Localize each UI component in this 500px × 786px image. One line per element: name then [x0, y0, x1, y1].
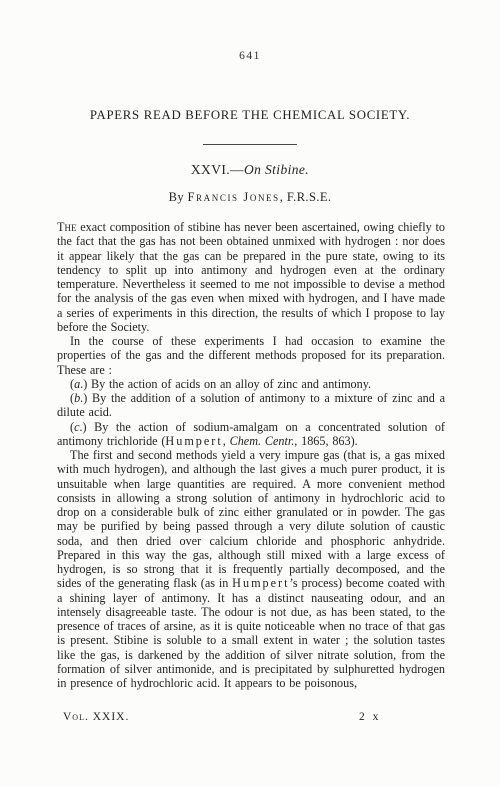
divider-rule	[203, 144, 297, 145]
paragraph: (a.) By the action of acids on an alloy …	[57, 377, 445, 391]
byline-suffix: , F.R.S.E.	[280, 190, 332, 204]
text-segment: The first and second methods yield a ver…	[57, 448, 445, 590]
byline-prefix: By	[169, 190, 188, 204]
text-segment: , 1865, 863).	[294, 434, 357, 448]
article-body: The exact composition of stibine has nev…	[57, 220, 445, 690]
text-segment: ,	[223, 434, 230, 448]
section-heading: PAPERS READ BEFORE THE CHEMICAL SOCIETY.	[0, 108, 500, 123]
text-segment: Humpert	[165, 434, 222, 448]
page-number: 641	[0, 50, 500, 62]
article-title: XXVI.—On Stibine.	[0, 162, 500, 178]
document-page: 641 PAPERS READ BEFORE THE CHEMICAL SOCI…	[0, 0, 500, 786]
text-segment: Humpert	[232, 576, 289, 590]
text-segment: exact composition of stibine has never b…	[57, 220, 445, 334]
signature-mark: 2 x	[359, 710, 378, 724]
text-segment: .) By the addition of a solution of anti…	[57, 391, 445, 419]
text-segment: Chem. Centr.	[230, 434, 295, 448]
paragraph: In the course of these experiments I had…	[57, 334, 445, 377]
article-title-number: XXVI.—	[191, 162, 244, 177]
paragraph: (c.) By the action of sodium-amalgam on …	[57, 420, 445, 449]
text-segment: ’s process) become coated with a shining…	[57, 576, 445, 690]
volume-label: Vol. XXIX.	[63, 710, 129, 724]
article-title-text: On Stibine.	[244, 162, 309, 177]
author-name: Francis Jones	[188, 190, 280, 204]
paragraph: (b.) By the addition of a solution of an…	[57, 391, 445, 420]
text-segment: .) By the action of acids on an alloy of…	[80, 377, 371, 391]
text-segment: In the course of these experiments I had…	[57, 334, 445, 377]
paragraph: The first and second methods yield a ver…	[57, 448, 445, 690]
text-segment: The	[57, 220, 76, 234]
byline: By Francis Jones, F.R.S.E.	[0, 190, 500, 205]
paragraph: The exact composition of stibine has nev…	[57, 220, 445, 334]
